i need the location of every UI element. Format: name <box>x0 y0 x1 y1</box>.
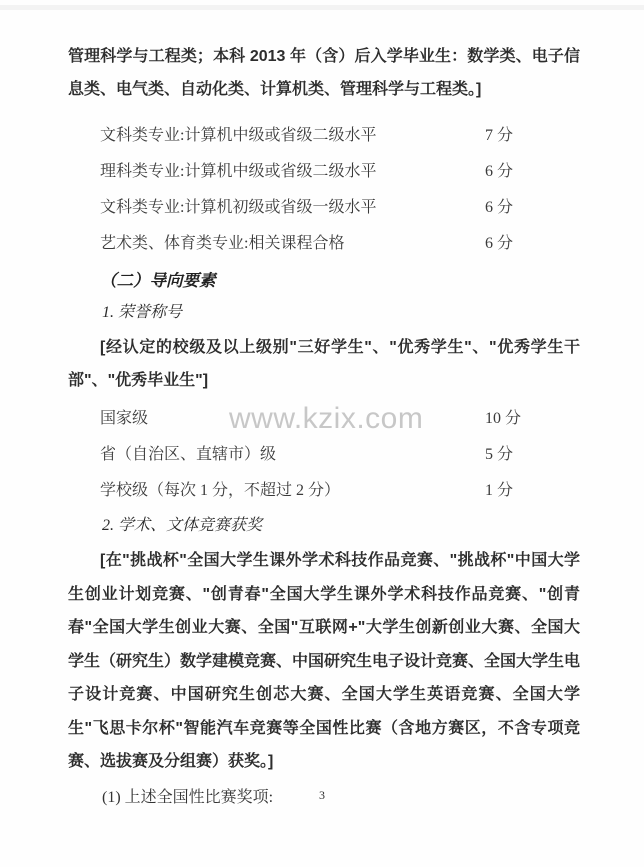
row-label: 省（自治区、直辖市）级 <box>100 446 276 463</box>
row-label: 文科类专业:计算机初级或省级一级水平 <box>100 199 376 216</box>
honor-score-table: 国家级 10 分 省（自治区、直辖市）级 5 分 学校级（每次 1 分，不超过 … <box>68 401 580 509</box>
table-row: 艺术类、体育类专业:相关课程合格 6 分 <box>68 226 580 262</box>
table-row: 文科类专业:计算机初级或省级一级水平 6 分 <box>68 190 580 226</box>
row-score: 6 分 <box>485 154 513 190</box>
scan-artifact-top-edge <box>0 5 644 10</box>
honor-note-paragraph: [经认定的校级及以上级别"三好学生"、"优秀学生"、"优秀学生干部"、"优秀毕业… <box>68 331 580 397</box>
row-label: 艺术类、体育类专业:相关课程合格 <box>100 235 344 252</box>
subsection-heading-honor-titles: 1. 荣誉称号 <box>68 298 580 328</box>
table-row: 文科类专业:计算机中级或省级二级水平 7 分 <box>68 118 580 154</box>
table-row: 理科类专业:计算机中级或省级二级水平 6 分 <box>68 154 580 190</box>
page-content: 管理科学与工程类；本科 2013 年（含）后入学毕业生：数学类、电子信息类、电气… <box>68 40 580 808</box>
row-label: 国家级 <box>100 410 148 427</box>
row-score: 6 分 <box>485 190 513 226</box>
table-row: 省（自治区、直辖市）级 5 分 <box>68 437 580 473</box>
row-score: 7 分 <box>485 118 513 154</box>
row-label: 文科类专业:计算机中级或省级二级水平 <box>100 127 376 144</box>
row-label: 理科类专业:计算机中级或省级二级水平 <box>100 163 376 180</box>
page-number: 3 <box>0 788 644 803</box>
section-heading-guidance-elements: （二）导向要素 <box>68 266 580 296</box>
row-score: 10 分 <box>485 401 521 437</box>
table-row: 学校级（每次 1 分，不超过 2 分） 1 分 <box>68 473 580 509</box>
computer-score-table: 文科类专业:计算机中级或省级二级水平 7 分 理科类专业:计算机中级或省级二级水… <box>68 118 580 262</box>
row-score: 1 分 <box>485 473 513 509</box>
document-page: 管理科学与工程类；本科 2013 年（含）后入学毕业生：数学类、电子信息类、电气… <box>0 0 644 867</box>
competition-note-paragraph: [在"挑战杯"全国大学生课外学术科技作品竞赛、"挑战杯"中国大学生创业计划竞赛、… <box>68 544 580 779</box>
table-row: 国家级 10 分 <box>68 401 580 437</box>
row-score: 6 分 <box>485 226 513 262</box>
row-label: 学校级（每次 1 分，不超过 2 分） <box>100 482 340 499</box>
row-score: 5 分 <box>485 437 513 473</box>
subsection-heading-competition-awards: 2. 学术、文体竞赛获奖 <box>68 511 580 541</box>
intro-paragraph: 管理科学与工程类；本科 2013 年（含）后入学毕业生：数学类、电子信息类、电气… <box>68 40 580 106</box>
